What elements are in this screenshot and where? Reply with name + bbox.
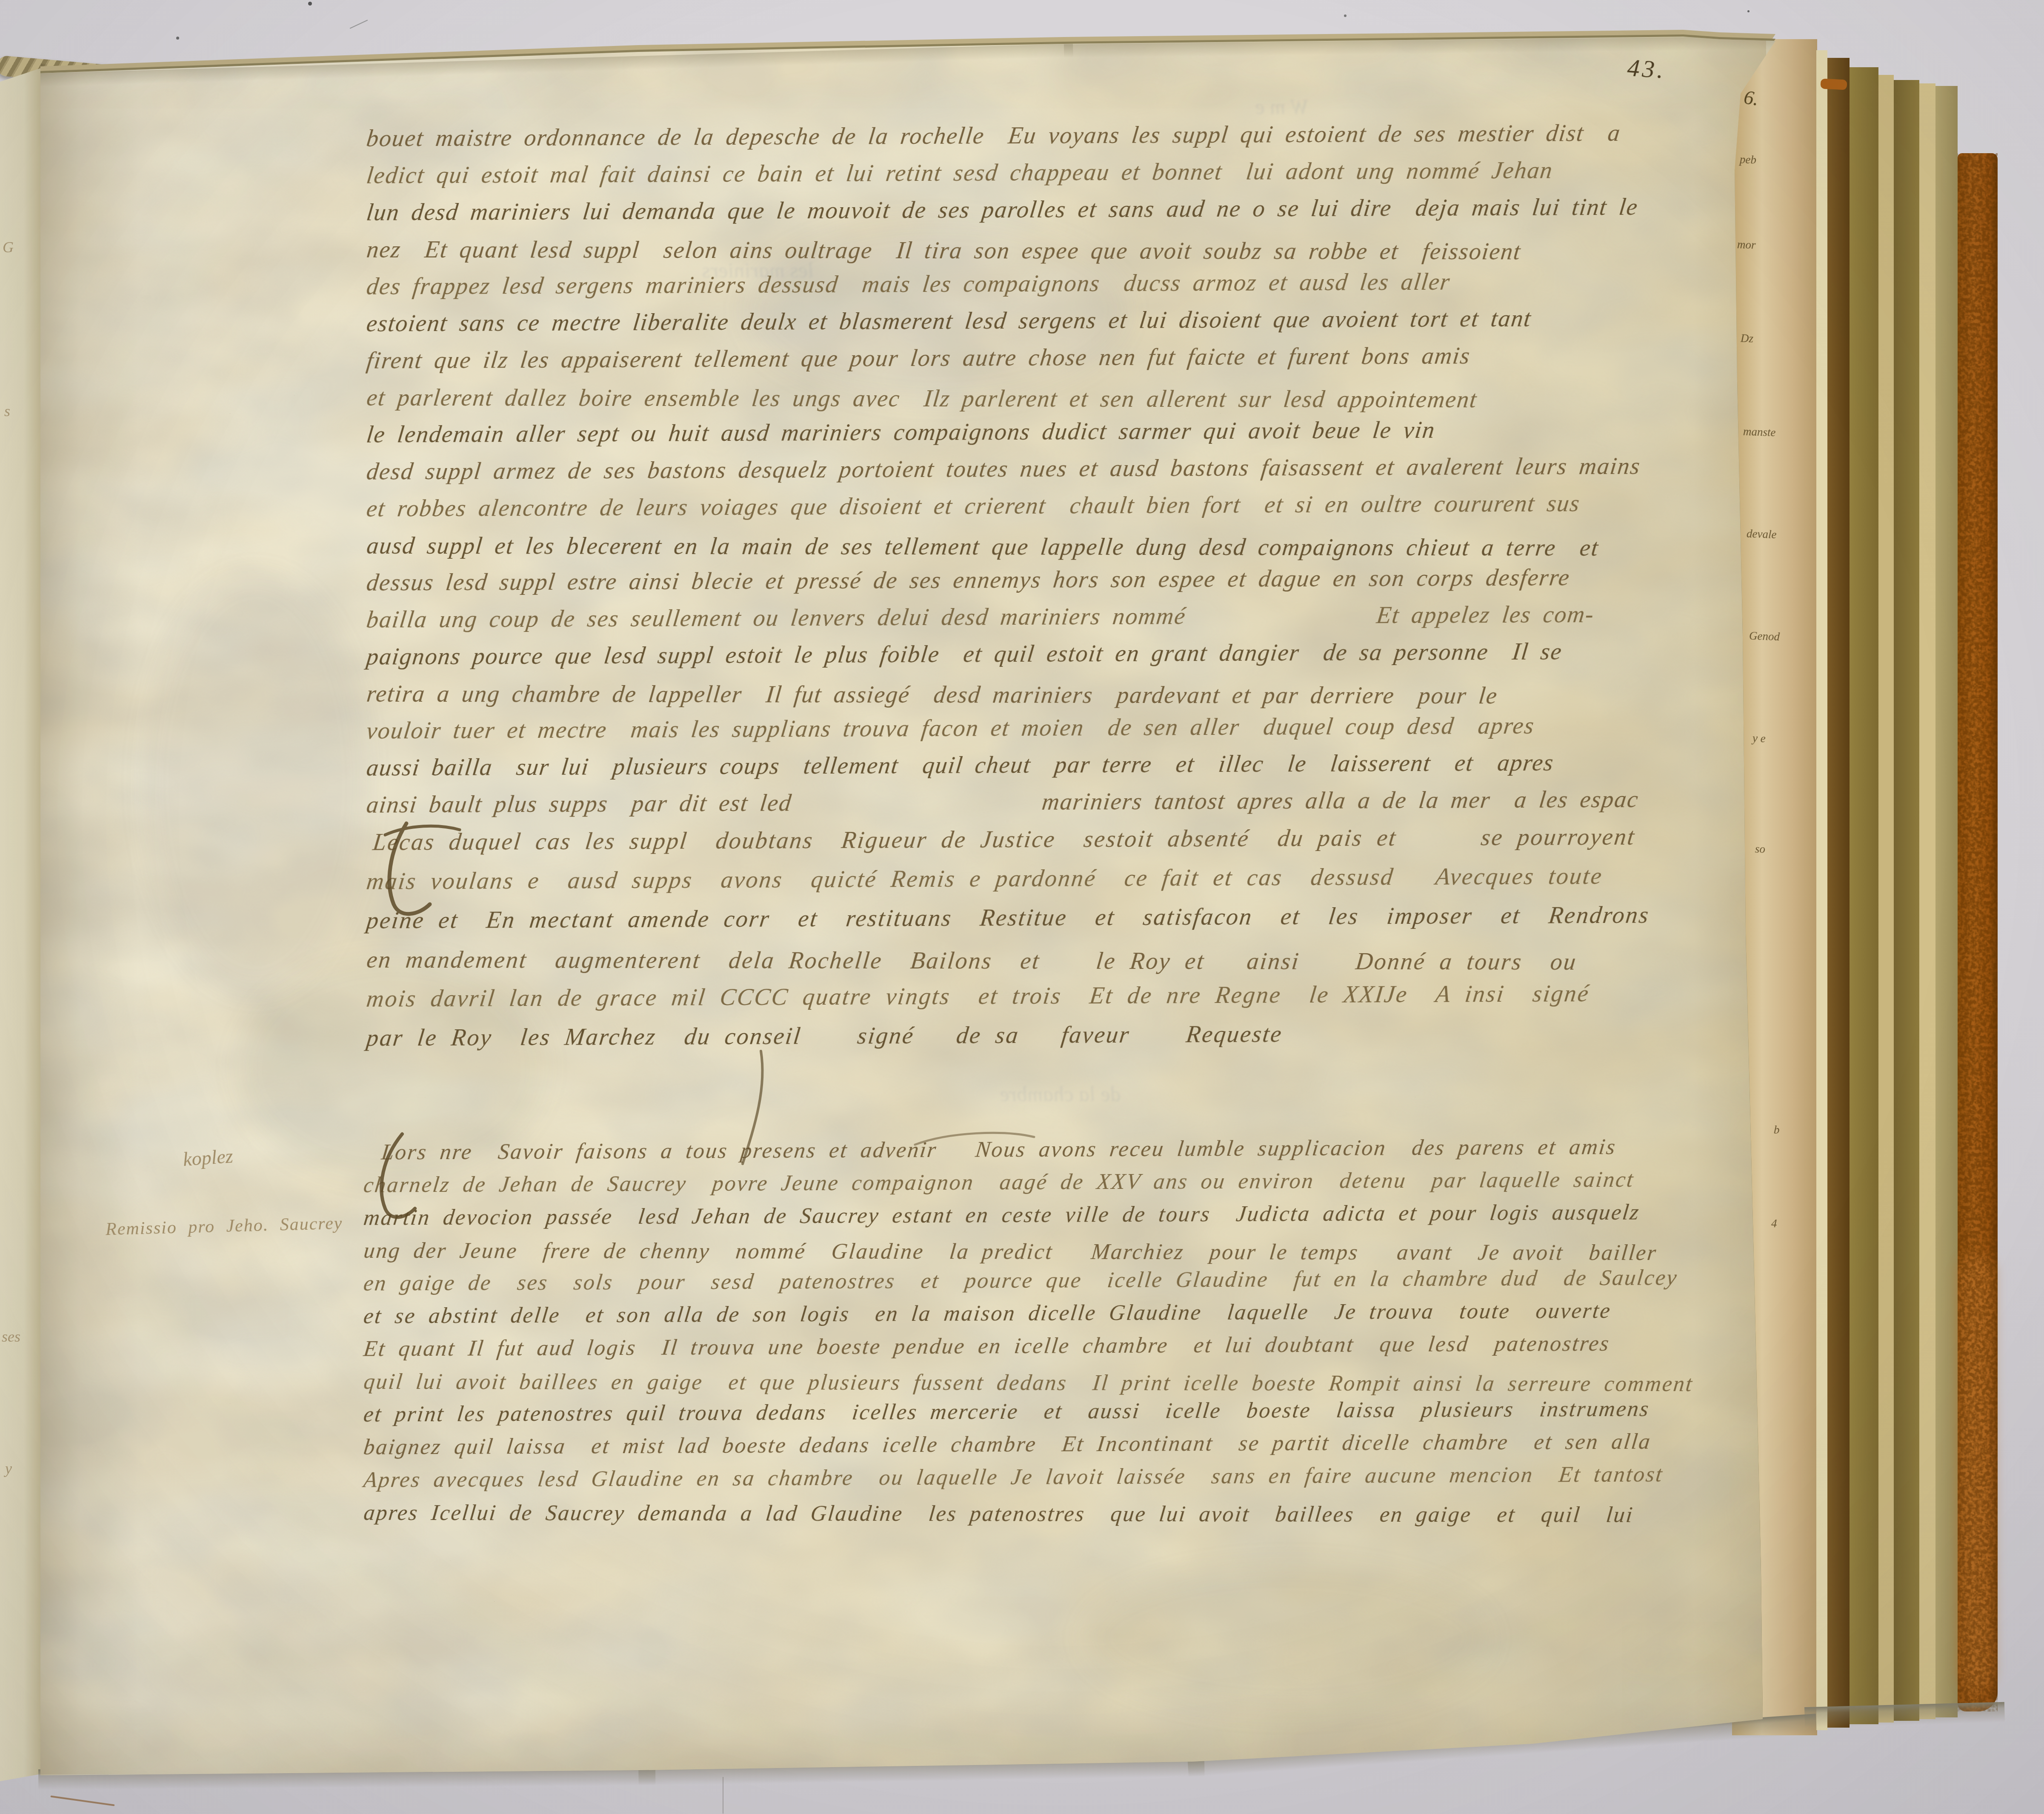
- manuscript-photo: G s ses y: [0, 0, 2044, 1814]
- vignette: [0, 0, 2044, 1814]
